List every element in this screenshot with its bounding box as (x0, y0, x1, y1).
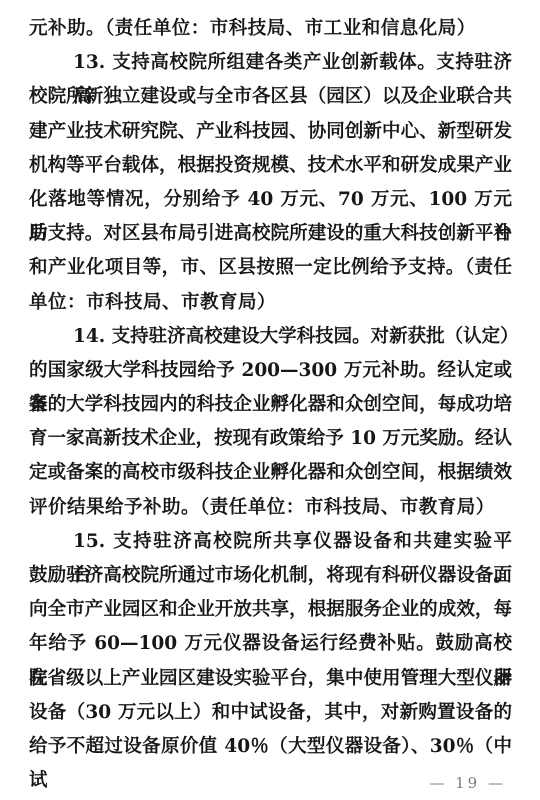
document-line: 年给予 60—100 万元仪器设备运行经费补贴。鼓励高校院所 (29, 627, 512, 661)
document-line: 给予不超过设备原价值 40％（大型仪器设备）、30％（中试 (29, 730, 512, 764)
document-line: 校院所新独立建设或与全市各区县（园区）以及企业联合共 (29, 80, 512, 114)
document-line: 向全市产业园区和企业开放共享，根据服务企业的成效，每 (29, 593, 512, 627)
document-line: 育一家高新技术企业，按现有政策给予 10 万元奖励。经认 (29, 422, 512, 456)
document-line: 助支持。对区县布局引进高校院所建设的重大科技创新平台 (29, 217, 512, 251)
document-line: 案的大学科技园内的科技企业孵化器和众创空间，每成功培 (29, 388, 512, 422)
document-line: 和产业化项目等，市、区县按照一定比例给予支持。（责任 (29, 251, 512, 285)
document-line: 机构等平台载体，根据投资规模、技术水平和研发成果产业 (29, 149, 512, 183)
document-body: 元补助。（责任单位：市科技局、市工业和信息化局）13. 支持高校院所组建各类产业… (29, 12, 512, 764)
document-line: 的国家级大学科技园给予 200—300 万元补助。经认定或备 (29, 354, 512, 388)
document-line: 评价结果给予补助。（责任单位：市科技局、市教育局） (29, 491, 512, 525)
page-number: — 19 — (429, 776, 506, 791)
document-line: 15. 支持驻济高校院所共享仪器设备和共建实验平台。 (29, 525, 512, 559)
document-line: 定或备案的高校市级科技企业孵化器和众创空间，根据绩效 (29, 456, 512, 490)
document-line: 鼓励驻济高校院所通过市场化机制，将现有科研仪器设备面 (29, 559, 512, 593)
document-line: 14. 支持驻济高校建设大学科技园。对新获批（认定） (29, 320, 512, 354)
document-line: 单位：市科技局、市教育局） (29, 286, 512, 320)
document-line: 在省级以上产业园区建设实验平台，集中使用管理大型仪器 (29, 662, 512, 696)
document-line: 设备（30 万元以上）和中试设备，其中，对新购置设备的 (29, 696, 512, 730)
document-line: 建产业技术研究院、产业科技园、协同创新中心、新型研发 (29, 115, 512, 149)
document-line: 化落地等情况，分别给予 40 万元、70 万元、100 万元后补 (29, 183, 512, 217)
document-line: 元补助。（责任单位：市科技局、市工业和信息化局） (29, 12, 512, 46)
document-line: 13. 支持高校院所组建各类产业创新载体。支持驻济高 (29, 46, 512, 80)
document-page: 元补助。（责任单位：市科技局、市工业和信息化局）13. 支持高校院所组建各类产业… (0, 0, 540, 800)
